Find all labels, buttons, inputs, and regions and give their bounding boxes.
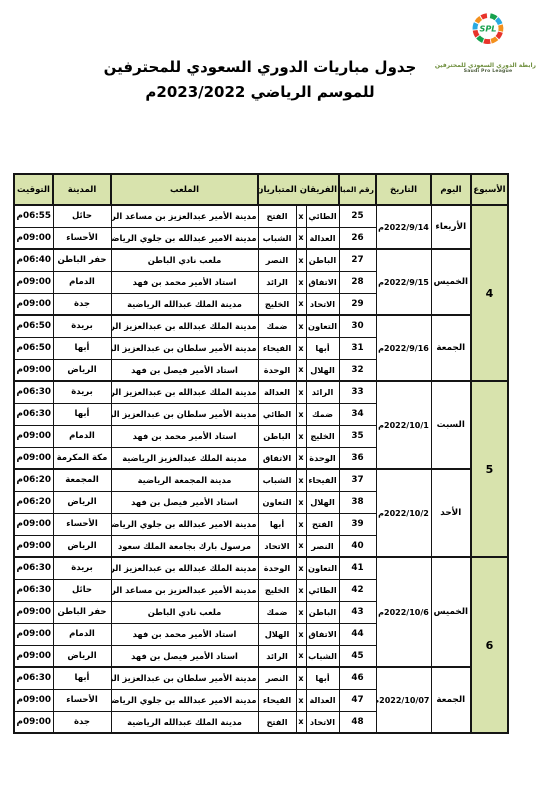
city-name-cell: حفر الباطن <box>53 601 111 623</box>
match-number-cell: 48 <box>339 711 376 733</box>
col-header-match-no: رقم المباراة <box>339 174 376 205</box>
team-left-cell: أبها <box>258 513 296 535</box>
match-date-cell: 2022/10/1م <box>376 381 431 469</box>
team-left-cell: الطائي <box>258 403 296 425</box>
team-left-cell: الخليج <box>258 293 296 315</box>
match-date-cell: 2022/9/15م <box>376 249 431 315</box>
team-left-cell: النصر <box>258 249 296 271</box>
match-number-cell: 33 <box>339 381 376 403</box>
match-number-cell: 29 <box>339 293 376 315</box>
vs-mark-cell: x <box>296 447 306 469</box>
city-name-cell: حائل <box>53 205 111 227</box>
match-time-cell: 06:30م <box>14 403 53 425</box>
match-number-cell: 38 <box>339 491 376 513</box>
vs-mark-cell: x <box>296 359 306 381</box>
team-left-cell: الباطن <box>258 425 296 447</box>
stadium-name-cell: مدينة الامير عبدالله بن جلوي الرياضية <box>111 513 258 535</box>
team-right-cell: التعاون <box>306 557 339 579</box>
stadium-name-cell: مدينة الأمير عبدالعزيز بن مساعد الرياضية <box>111 579 258 601</box>
col-header-date: التاريخ <box>376 174 431 205</box>
stadium-name-cell: استاد الأمير فيصل بن فهد <box>111 491 258 513</box>
day-name-cell: الجمعة <box>431 667 471 733</box>
team-right-cell: الاتحاد <box>306 293 339 315</box>
logo-english-name: Saudi Pro League <box>440 69 536 75</box>
team-right-cell: الباطن <box>306 249 339 271</box>
team-left-cell: النصر <box>258 667 296 689</box>
team-left-cell: الفيحاء <box>258 689 296 711</box>
city-name-cell: بريدة <box>53 557 111 579</box>
team-right-cell: الباطن <box>306 601 339 623</box>
vs-mark-cell: x <box>296 645 306 667</box>
match-row: الجمعة2022/10/07م46أبهاxالنصرمدينة الأمي… <box>14 667 508 689</box>
match-time-cell: 06:50م <box>14 337 53 359</box>
stadium-name-cell: مدينة الملك عبدالله بن عبدالعزيز الرياضي… <box>111 315 258 337</box>
schedule-table: الأسبوع اليوم التاريخ رقم المباراة الفري… <box>13 173 509 734</box>
stadium-name-cell: استاد الأمير محمد بن فهد <box>111 623 258 645</box>
week-number-cell: 4 <box>471 205 508 381</box>
team-left-cell: العدالة <box>258 381 296 403</box>
match-time-cell: 06:40م <box>14 249 53 271</box>
page: { "logo": { "spl_text": "SPL", "arabic_n… <box>0 0 546 800</box>
stadium-name-cell: مدينة الملك عبدالله الرياضية <box>111 293 258 315</box>
day-name-cell: الأربعاء <box>431 205 471 249</box>
match-time-cell: 06:50م <box>14 315 53 337</box>
vs-mark-cell: x <box>296 337 306 359</box>
stadium-name-cell: مدينة الملك عبدالله بن عبدالعزيز الرياضي… <box>111 381 258 403</box>
week-number-cell: 6 <box>471 557 508 733</box>
match-time-cell: 06:30م <box>14 381 53 403</box>
team-right-cell: النصر <box>306 535 339 557</box>
city-name-cell: الرياض <box>53 359 111 381</box>
match-time-cell: 09:00م <box>14 271 53 293</box>
match-number-cell: 25 <box>339 205 376 227</box>
team-left-cell: الوحدة <box>258 557 296 579</box>
col-header-teams: الفريقان المتباريان <box>258 174 339 205</box>
match-number-cell: 39 <box>339 513 376 535</box>
team-left-cell: ضمك <box>258 315 296 337</box>
day-name-cell: الخميس <box>431 249 471 315</box>
vs-mark-cell: x <box>296 293 306 315</box>
match-time-cell: 09:00م <box>14 711 53 733</box>
vs-mark-cell: x <box>296 403 306 425</box>
vs-mark-cell: x <box>296 689 306 711</box>
team-right-cell: الوحدة <box>306 447 339 469</box>
stadium-name-cell: ملعب نادي الباطن <box>111 249 258 271</box>
match-number-cell: 31 <box>339 337 376 359</box>
match-time-cell: 09:00م <box>14 645 53 667</box>
match-row: 6الخميس2022/10/6م41التعاونxالوحدةمدينة ا… <box>14 557 508 579</box>
city-name-cell: الدمام <box>53 271 111 293</box>
vs-mark-cell: x <box>296 711 306 733</box>
match-number-cell: 30 <box>339 315 376 337</box>
match-date-cell: 2022/9/16م <box>376 315 431 381</box>
vs-mark-cell: x <box>296 491 306 513</box>
team-left-cell: الرائد <box>258 645 296 667</box>
stadium-name-cell: مدينة الأمير سلطان بن عبدالعزيز الرياضية <box>111 403 258 425</box>
team-left-cell: الشباب <box>258 227 296 249</box>
vs-mark-cell: x <box>296 601 306 623</box>
page-title-line1: جدول مباريات الدوري السعودي للمحترفين <box>13 55 507 80</box>
stadium-name-cell: مدينة الأمير عبدالعزيز بن مساعد الرياضية <box>111 205 258 227</box>
city-name-cell: الأحساء <box>53 689 111 711</box>
stadium-name-cell: مدينة الملك عبدالله الرياضية <box>111 711 258 733</box>
vs-mark-cell: x <box>296 205 306 227</box>
stadium-name-cell: استاد الأمير محمد بن فهد <box>111 425 258 447</box>
city-name-cell: الرياض <box>53 535 111 557</box>
team-left-cell: الوحدة <box>258 359 296 381</box>
city-name-cell: الأحساء <box>53 513 111 535</box>
match-number-cell: 41 <box>339 557 376 579</box>
city-name-cell: بريدة <box>53 381 111 403</box>
match-number-cell: 43 <box>339 601 376 623</box>
team-right-cell: الاتحاد <box>306 711 339 733</box>
vs-mark-cell: x <box>296 535 306 557</box>
match-number-cell: 28 <box>339 271 376 293</box>
team-left-cell: الاتفاق <box>258 447 296 469</box>
stadium-name-cell: مدينة المجمعة الرياضية <box>111 469 258 491</box>
stadium-name-cell: استاد الأمير محمد بن فهد <box>111 271 258 293</box>
team-right-cell: الفتح <box>306 513 339 535</box>
team-right-cell: الخليج <box>306 425 339 447</box>
team-right-cell: العدالة <box>306 689 339 711</box>
logo-arabic-name: رابطة الدوري السعودي للمحترفين <box>440 62 536 69</box>
match-time-cell: 09:00م <box>14 227 53 249</box>
team-left-cell: الشباب <box>258 469 296 491</box>
team-left-cell: ضمك <box>258 601 296 623</box>
vs-mark-cell: x <box>296 557 306 579</box>
stadium-name-cell: مدينة الأمير سلطان بن عبدالعزيز الرياضية <box>111 667 258 689</box>
stadium-name-cell: مرسول بارك بجامعة الملك سعود <box>111 535 258 557</box>
match-row: الخميس2022/9/15م27الباطنxالنصرملعب نادي … <box>14 249 508 271</box>
team-left-cell: التعاون <box>258 491 296 513</box>
match-number-cell: 26 <box>339 227 376 249</box>
team-right-cell: الرائد <box>306 381 339 403</box>
team-right-cell: التعاون <box>306 315 339 337</box>
match-time-cell: 09:00م <box>14 689 53 711</box>
city-name-cell: أبها <box>53 667 111 689</box>
schedule-body: 4الأربعاء2022/9/14م25الطائيxالفتحمدينة ا… <box>14 205 508 733</box>
vs-mark-cell: x <box>296 623 306 645</box>
vs-mark-cell: x <box>296 469 306 491</box>
stadium-name-cell: مدينة الامير عبدالله بن جلوي الرياضية <box>111 689 258 711</box>
match-row: الأحد2022/10/2م37الفيحاءxالشبابمدينة الم… <box>14 469 508 491</box>
page-title-line2: للموسم الرياضي 2023/2022م <box>13 80 507 105</box>
team-right-cell: الطائي <box>306 205 339 227</box>
team-left-cell: الفتح <box>258 711 296 733</box>
match-number-cell: 32 <box>339 359 376 381</box>
match-number-cell: 36 <box>339 447 376 469</box>
match-number-cell: 40 <box>339 535 376 557</box>
header-row: الأسبوع اليوم التاريخ رقم المباراة الفري… <box>14 174 508 205</box>
day-name-cell: السبت <box>431 381 471 469</box>
match-date-cell: 2022/9/14م <box>376 205 431 249</box>
team-right-cell: ضمك <box>306 403 339 425</box>
match-date-cell: 2022/10/6م <box>376 557 431 667</box>
stadium-name-cell: مدينة الملك عبدالله بن عبدالعزيز الرياضي… <box>111 557 258 579</box>
team-right-cell: الاتفاق <box>306 271 339 293</box>
day-name-cell: الخميس <box>431 557 471 667</box>
vs-mark-cell: x <box>296 667 306 689</box>
team-right-cell: العدالة <box>306 227 339 249</box>
city-name-cell: جدة <box>53 711 111 733</box>
match-number-cell: 27 <box>339 249 376 271</box>
team-left-cell: الفتح <box>258 205 296 227</box>
col-header-stadium: الملعب <box>111 174 258 205</box>
city-name-cell: جدة <box>53 293 111 315</box>
match-row: 4الأربعاء2022/9/14م25الطائيxالفتحمدينة ا… <box>14 205 508 227</box>
vs-mark-cell: x <box>296 315 306 337</box>
team-left-cell: الرائد <box>258 271 296 293</box>
day-name-cell: الأحد <box>431 469 471 557</box>
team-right-cell: الشباب <box>306 645 339 667</box>
vs-mark-cell: x <box>296 271 306 293</box>
match-time-cell: 06:30م <box>14 557 53 579</box>
match-time-cell: 06:55م <box>14 205 53 227</box>
team-left-cell: الخليج <box>258 579 296 601</box>
match-time-cell: 06:30م <box>14 579 53 601</box>
match-time-cell: 09:00م <box>14 293 53 315</box>
match-date-cell: 2022/10/07م <box>376 667 431 733</box>
page-title: جدول مباريات الدوري السعودي للمحترفين لل… <box>13 55 507 105</box>
week-number-cell: 5 <box>471 381 508 557</box>
team-right-cell: أبها <box>306 667 339 689</box>
match-number-cell: 37 <box>339 469 376 491</box>
match-time-cell: 06:20م <box>14 469 53 491</box>
match-row: الجمعة2022/9/16م30التعاونxضمكمدينة الملك… <box>14 315 508 337</box>
city-name-cell: مكة المكرمة <box>53 447 111 469</box>
city-name-cell: الأحساء <box>53 227 111 249</box>
vs-mark-cell: x <box>296 425 306 447</box>
city-name-cell: بريدة <box>53 315 111 337</box>
team-right-cell: الفيحاء <box>306 469 339 491</box>
vs-mark-cell: x <box>296 227 306 249</box>
city-name-cell: الرياض <box>53 491 111 513</box>
match-time-cell: 09:00م <box>14 447 53 469</box>
match-number-cell: 42 <box>339 579 376 601</box>
match-number-cell: 35 <box>339 425 376 447</box>
stadium-name-cell: استاد الأمير فيصل بن فهد <box>111 359 258 381</box>
city-name-cell: أبها <box>53 403 111 425</box>
team-left-cell: الاتحاد <box>258 535 296 557</box>
match-time-cell: 09:00م <box>14 535 53 557</box>
match-row: 5السبت2022/10/1م33الرائدxالعدالةمدينة ال… <box>14 381 508 403</box>
vs-mark-cell: x <box>296 513 306 535</box>
stadium-name-cell: مدينة الامير عبدالله بن جلوي الرياضية <box>111 227 258 249</box>
city-name-cell: الرياض <box>53 645 111 667</box>
team-left-cell: الفيحاء <box>258 337 296 359</box>
match-time-cell: 06:30م <box>14 667 53 689</box>
match-time-cell: 09:00م <box>14 623 53 645</box>
city-name-cell: حفر الباطن <box>53 249 111 271</box>
match-date-cell: 2022/10/2م <box>376 469 431 557</box>
city-name-cell: أبها <box>53 337 111 359</box>
spl-text: SPL <box>479 24 496 34</box>
vs-mark-cell: x <box>296 579 306 601</box>
stadium-name-cell: استاد الأمير فيصل بن فهد <box>111 645 258 667</box>
stadium-name-cell: ملعب نادي الباطن <box>111 601 258 623</box>
vs-mark-cell: x <box>296 249 306 271</box>
city-name-cell: الدمام <box>53 623 111 645</box>
stadium-name-cell: مدينة الملك عبدالعزيز الرياضية <box>111 447 258 469</box>
team-right-cell: الهلال <box>306 359 339 381</box>
match-number-cell: 45 <box>339 645 376 667</box>
col-header-week: الأسبوع <box>471 174 508 205</box>
team-right-cell: الطائي <box>306 579 339 601</box>
match-time-cell: 06:20م <box>14 491 53 513</box>
spl-ball-icon: SPL <box>455 10 521 62</box>
match-number-cell: 44 <box>339 623 376 645</box>
stadium-name-cell: مدينة الأمير سلطان بن عبدالعزيز الرياضية <box>111 337 258 359</box>
col-header-day: اليوم <box>431 174 471 205</box>
spl-logo: SPL رابطة الدوري السعودي للمحترفين Saudi… <box>440 10 536 75</box>
match-number-cell: 34 <box>339 403 376 425</box>
city-name-cell: حائل <box>53 579 111 601</box>
vs-mark-cell: x <box>296 381 306 403</box>
col-header-time: التوقيت <box>14 174 53 205</box>
city-name-cell: المجمعة <box>53 469 111 491</box>
day-name-cell: الجمعة <box>431 315 471 381</box>
match-time-cell: 09:00م <box>14 513 53 535</box>
match-number-cell: 46 <box>339 667 376 689</box>
team-right-cell: الهلال <box>306 491 339 513</box>
team-right-cell: الاتفاق <box>306 623 339 645</box>
match-time-cell: 09:00م <box>14 601 53 623</box>
match-time-cell: 09:00م <box>14 359 53 381</box>
team-right-cell: أبها <box>306 337 339 359</box>
match-number-cell: 47 <box>339 689 376 711</box>
match-time-cell: 09:00م <box>14 425 53 447</box>
city-name-cell: الدمام <box>53 425 111 447</box>
team-left-cell: الهلال <box>258 623 296 645</box>
col-header-city: المدينة <box>53 174 111 205</box>
